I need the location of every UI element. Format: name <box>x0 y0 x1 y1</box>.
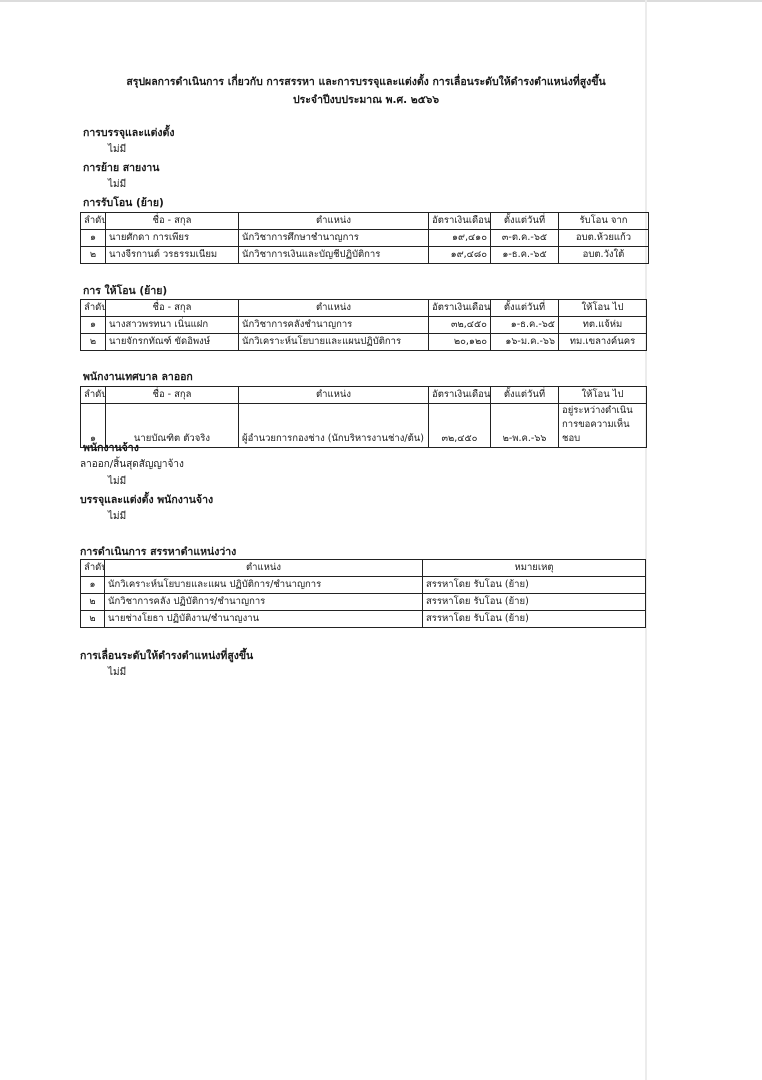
col-to: ให้โอน ไป <box>559 387 647 404</box>
scan-top-edge <box>0 0 762 2</box>
table-header-row: ลำดับ ชื่อ - สกุล ตำแหน่ง อัตราเงินเดือน… <box>81 387 647 404</box>
document-subtitle: ประจำปีงบประมาณ พ.ศ. ๒๕๖๖ <box>80 91 652 108</box>
col-name: ชื่อ - สกุล <box>106 387 239 404</box>
table-header-row: ลำดับ ชื่อ - สกุล ตำแหน่ง อัตราเงินเดือน… <box>81 213 649 230</box>
cell-no: ๒ <box>81 594 105 611</box>
col-no: ลำดับ <box>81 300 106 317</box>
col-from: รับโอน จาก <box>559 213 649 230</box>
transfer-line-heading: การย้าย สายงาน <box>83 159 159 176</box>
col-to: ให้โอน ไป <box>559 300 647 317</box>
transfer-out-table: ลำดับ ชื่อ - สกุล ตำแหน่ง อัตราเงินเดือน… <box>80 299 647 351</box>
employees-heading: พนักงานจ้าง <box>83 439 139 456</box>
cell-position: ผู้อำนวยการกองช่าง (นักบริหารงานช่าง/ต้น… <box>239 404 429 448</box>
cell-no: ๑ <box>81 230 106 247</box>
cell-note: สรรหาโดย รับโอน (ย้าย) <box>423 577 646 594</box>
cell-date: ๑-ธ.ค.-๖๕ <box>491 247 559 264</box>
transfer-in-table: ลำดับ ชื่อ - สกุล ตำแหน่ง อัตราเงินเดือน… <box>80 212 649 264</box>
col-position: ตำแหน่ง <box>239 213 429 230</box>
table-row: ๑ นายศักดา การเพียร นักวิชาการศึกษาชำนาญ… <box>81 230 649 247</box>
table-header-row: ลำดับ ตำแหน่ง หมายเหตุ <box>81 560 646 577</box>
col-name: ชื่อ - สกุล <box>106 213 239 230</box>
appointment-value: ไม่มี <box>108 142 126 157</box>
table-row: ๒ นายจักรกทัณฑ์ ขัดอิพงษ์ นักวิเคราะห์นโ… <box>81 334 647 351</box>
transfer-out-heading: การ ให้โอน (ย้าย) <box>83 282 167 299</box>
col-salary: อัตราเงินเดือน <box>429 213 491 230</box>
vacancy-table: ลำดับ ตำแหน่ง หมายเหตุ ๑ นักวิเคราะห์นโย… <box>80 559 646 628</box>
col-position: ตำแหน่ง <box>239 387 429 404</box>
scan-page-edge <box>645 0 647 1080</box>
col-position: ตำแหน่ง <box>105 560 423 577</box>
cell-position: นักวิเคราะห์นโยบายและแผนปฏิบัติการ <box>239 334 429 351</box>
cell-name: นายศักดา การเพียร <box>106 230 239 247</box>
promotion-value: ไม่มี <box>108 665 126 680</box>
table-row: ๒ นางจีรกานต์ วรธรรมเนียม นักวิชาการเงิน… <box>81 247 649 264</box>
table-row: ๑ นายบัณฑิต ตัวจริง ผู้อำนวยการกองช่าง (… <box>81 404 647 448</box>
cell-position: นายช่างโยธา ปฏิบัติงาน/ชำนาญงาน <box>105 611 423 628</box>
cell-salary: ๓๒,๔๕๐ <box>429 317 491 334</box>
cell-position: นักวิเคราะห์นโยบายและแผน ปฏิบัติการ/ชำนา… <box>105 577 423 594</box>
col-no: ลำดับ <box>81 213 106 230</box>
cell-from: อบต.ห้วยแก้ว <box>559 230 649 247</box>
cell-salary: ๒๐,๑๒๐ <box>429 334 491 351</box>
transfer-line-value: ไม่มี <box>108 177 126 192</box>
cell-date: ๑๖-ม.ค.-๖๖ <box>491 334 559 351</box>
table-row: ๒ นักวิชาการคลัง ปฏิบัติการ/ชำนาญการ สรร… <box>81 594 646 611</box>
col-salary: อัตราเงินเดือน <box>429 300 491 317</box>
cell-from: อบต.วังใต้ <box>559 247 649 264</box>
col-date: ตั้งแต่วันที่ <box>491 213 559 230</box>
cell-position: นักวิชาการเงินและบัญชีปฏิบัติการ <box>239 247 429 264</box>
cell-position: นักวิชาการคลังชำนาญการ <box>239 317 429 334</box>
transfer-in-heading: การรับโอน (ย้าย) <box>83 194 164 211</box>
cell-note: สรรหาโดย รับโอน (ย้าย) <box>423 594 646 611</box>
table-row: ๑ นักวิเคราะห์นโยบายและแผน ปฏิบัติการ/ชำ… <box>81 577 646 594</box>
cell-no: ๒ <box>81 611 105 628</box>
cell-no: ๑ <box>81 577 105 594</box>
cell-note: อยู่ระหว่างดำเนินการขอความเห็นชอบ <box>559 404 647 448</box>
cell-salary: ๑๙,๔๘๐ <box>429 247 491 264</box>
table-row: ๒ นายช่างโยธา ปฏิบัติงาน/ชำนาญงาน สรรหาโ… <box>81 611 646 628</box>
cell-no: ๒ <box>81 247 106 264</box>
cell-to: ทม.เขลางค์นคร <box>559 334 647 351</box>
employee-appointment-heading: บรรจุและแต่งตั้ง พนักงานจ้าง <box>80 491 213 508</box>
table-header-row: ลำดับ ชื่อ - สกุล ตำแหน่ง อัตราเงินเดือน… <box>81 300 647 317</box>
cell-date: ๒-พ.ค.-๖๖ <box>491 404 559 448</box>
promotion-heading: การเลื่อนระดับให้ดำรงตำแหน่งที่สูงขึ้น <box>80 647 253 664</box>
employee-appointment-value: ไม่มี <box>108 509 126 524</box>
col-salary: อัตราเงินเดือน <box>429 387 491 404</box>
employees-value: ไม่มี <box>108 474 126 489</box>
appointment-heading: การบรรจุและแต่งตั้ง <box>83 124 175 141</box>
cell-name: นางสาวพรทนา เนิ่นแฝก <box>106 317 239 334</box>
cell-salary: ๓๒,๔๕๐ <box>429 404 491 448</box>
cell-date: ๑-ธ.ค.-๖๕ <box>491 317 559 334</box>
cell-date: ๓-ต.ค.-๖๕ <box>491 230 559 247</box>
municipal-resign-heading: พนักงานเทศบาล ลาออก <box>83 368 193 385</box>
col-name: ชื่อ - สกุล <box>106 300 239 317</box>
cell-name: นายจักรกทัณฑ์ ขัดอิพงษ์ <box>106 334 239 351</box>
col-position: ตำแหน่ง <box>239 300 429 317</box>
cell-position: นักวิชาการศึกษาชำนาญการ <box>239 230 429 247</box>
col-no: ลำดับ <box>81 560 105 577</box>
vacancy-heading: การดำเนินการ สรรหาตำแหน่งว่าง <box>80 543 236 560</box>
table-row: ๑ นางสาวพรทนา เนิ่นแฝก นักวิชาการคลังชำน… <box>81 317 647 334</box>
cell-to: ทต.แจ้ห่ม <box>559 317 647 334</box>
employees-sub: ลาออก/สิ้นสุดสัญญาจ้าง <box>80 457 184 472</box>
col-date: ตั้งแต่วันที่ <box>491 300 559 317</box>
col-no: ลำดับ <box>81 387 106 404</box>
cell-name: นางจีรกานต์ วรธรรมเนียม <box>106 247 239 264</box>
cell-no: ๑ <box>81 317 106 334</box>
municipal-resign-table: ลำดับ ชื่อ - สกุล ตำแหน่ง อัตราเงินเดือน… <box>80 386 647 448</box>
cell-note: สรรหาโดย รับโอน (ย้าย) <box>423 611 646 628</box>
cell-no: ๒ <box>81 334 106 351</box>
cell-salary: ๑๙,๔๑๐ <box>429 230 491 247</box>
document-title: สรุปผลการดำเนินการ เกี่ยวกับ การสรรหา แล… <box>80 73 652 90</box>
col-note: หมายเหตุ <box>423 560 646 577</box>
col-date: ตั้งแต่วันที่ <box>491 387 559 404</box>
cell-position: นักวิชาการคลัง ปฏิบัติการ/ชำนาญการ <box>105 594 423 611</box>
